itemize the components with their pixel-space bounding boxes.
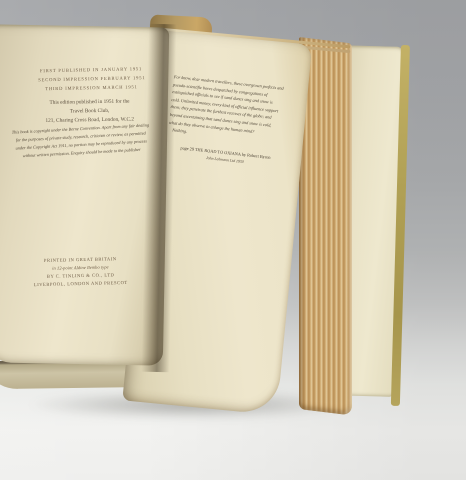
back-cover-edge	[391, 45, 410, 406]
edition-history: FIRST PUBLISHED IN JANUARY 1951SECOND IM…	[38, 64, 145, 93]
left-page: FIRST PUBLISHED IN JANUARY 1951SECOND IM…	[0, 24, 169, 365]
copyright-notice: This book is copyright under the Berne C…	[4, 121, 158, 161]
epigraph-quote: For know, dear modern travellers, these …	[168, 73, 298, 147]
printer-colophon: PRINTED IN GREAT BRITAINin 12-point Aldi…	[28, 255, 133, 289]
book-photo-scene: For know, dear modern travellers, these …	[0, 0, 466, 480]
